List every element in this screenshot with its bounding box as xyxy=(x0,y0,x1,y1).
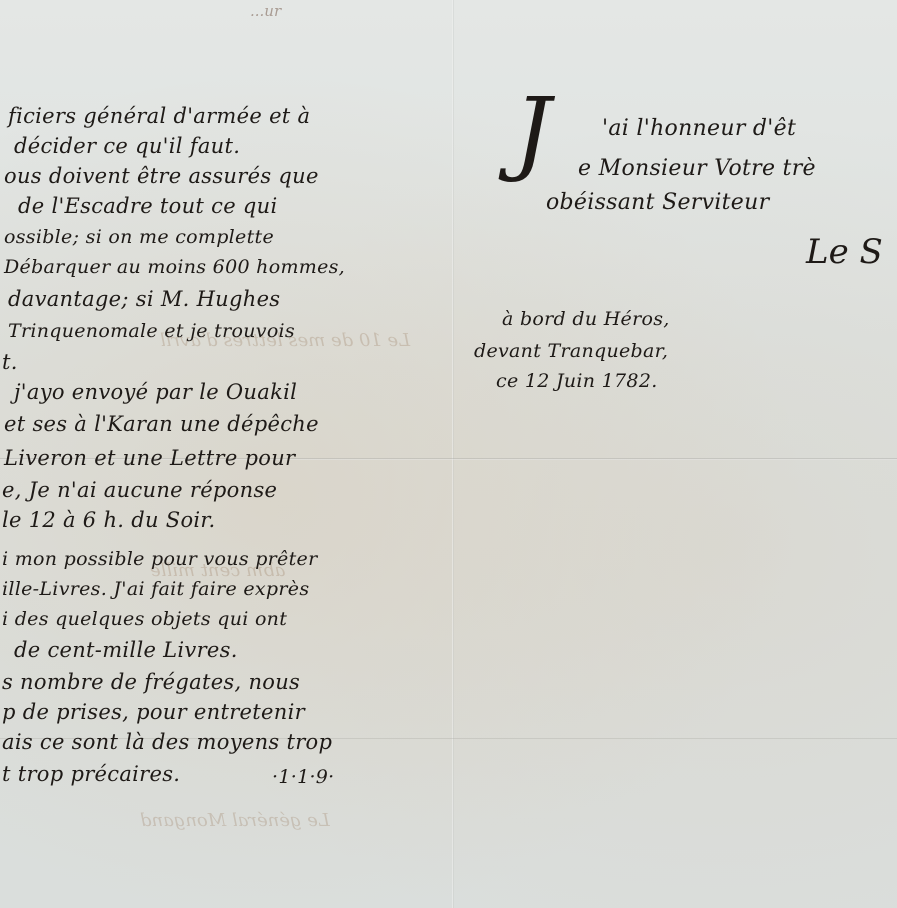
letter-line: i mon possible pour vous prêter xyxy=(2,548,317,570)
letter-line: t. xyxy=(2,350,18,374)
letter-line: ficiers général d'armée et à xyxy=(8,104,310,128)
letter-line: ille-Livres. J'ai fait faire exprès xyxy=(2,578,309,600)
letter-line: Débarquer au moins 600 hommes, xyxy=(4,256,345,278)
closing-line: obéissant Serviteur xyxy=(546,190,769,215)
letter-line: ais ce sont là des moyens trop xyxy=(2,730,332,754)
letter-line: et ses à l'Karan une dépêche xyxy=(4,412,319,436)
letter-line: davantage; si M. Hughes xyxy=(8,287,280,311)
letter-line: i des quelques objets qui ont xyxy=(2,608,287,630)
letter-line: ous doivent être assurés que xyxy=(4,164,319,188)
date-line: ce 12 Juin 1782. xyxy=(496,370,658,392)
bleed-through-text: Le général Mongand xyxy=(140,810,330,831)
letter-line: décider ce qu'il faut. xyxy=(14,134,240,158)
closing-line: 'ai l'honneur d'êt xyxy=(602,116,796,141)
letter-line: ossible; si on me complette xyxy=(4,226,274,248)
letter-line: j'ayo envoyé par le Ouakil xyxy=(14,380,297,404)
trailing-marks: ·1·1·9· xyxy=(272,766,335,788)
letter-line: de l'Escadre tout ce qui xyxy=(18,194,277,218)
letter-line: p de prises, pour entretenir xyxy=(2,700,305,724)
closing-line: e Monsieur Votre trè xyxy=(578,156,816,181)
vertical-fold-line xyxy=(452,0,454,908)
signature: Le S xyxy=(806,232,883,272)
letter-line: le 12 à 6 h. du Soir. xyxy=(2,508,215,532)
letter-line: e, Je n'ai aucune réponse xyxy=(2,478,277,502)
letter-line: de cent-mille Livres. xyxy=(14,638,238,662)
letter-line: Liveron et une Lettre pour xyxy=(4,446,295,470)
place-line: devant Tranquebar, xyxy=(474,340,668,362)
top-faint-mark: ...ur xyxy=(250,2,281,20)
letter-line: t trop précaires. xyxy=(2,762,180,786)
letter-line: s nombre de frégates, nous xyxy=(2,670,300,694)
place-line: à bord du Héros, xyxy=(502,308,670,330)
letter-line: Trinquenomale et je trouvois xyxy=(8,320,295,342)
ornamental-initial: J xyxy=(514,86,551,178)
